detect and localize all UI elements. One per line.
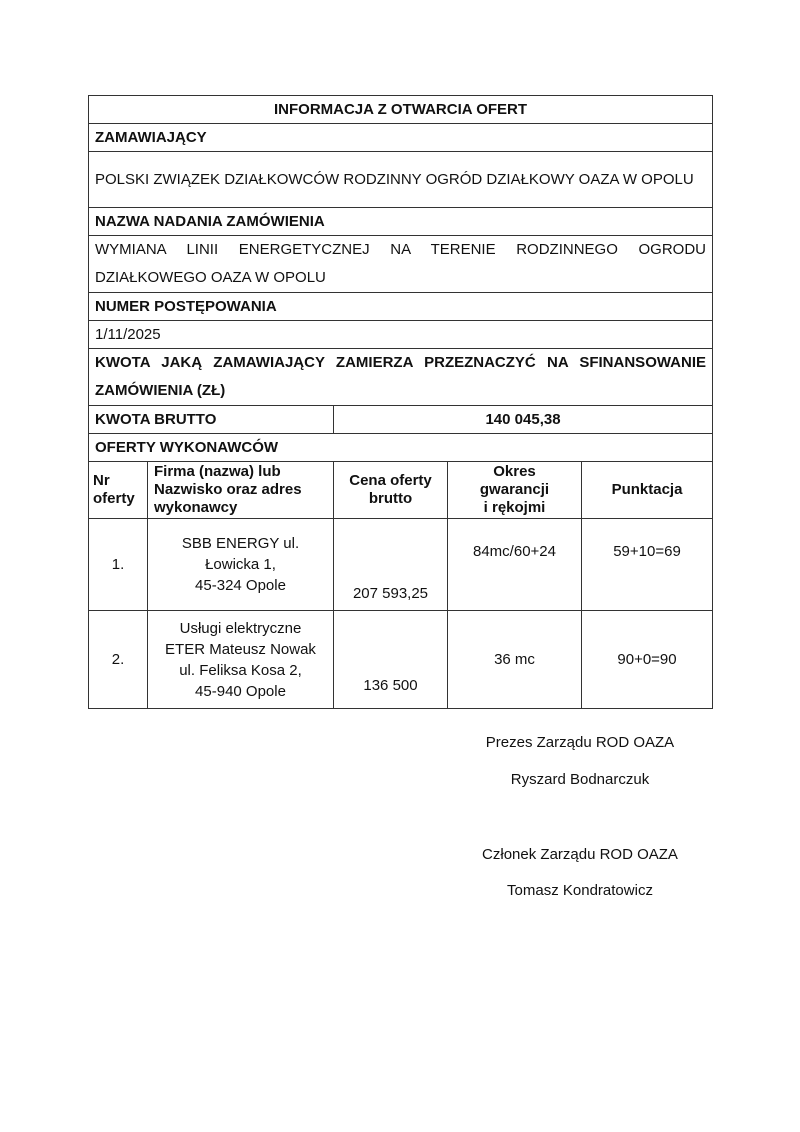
header-firma: Firma (nazwa) lub Nazwisko oraz adres wy…: [148, 462, 334, 519]
oferty-label: OFERTY WYKONAWCÓW: [89, 434, 713, 462]
kwota-brutto-label: KWOTA BRUTTO: [89, 406, 334, 434]
offer-nr: 2.: [89, 611, 148, 709]
header-nr: Nr oferty: [89, 462, 148, 519]
document-title: INFORMACJA Z OTWARCIA OFERT: [89, 96, 713, 124]
nazwa-value: WYMIANA LINII ENERGETYCZNEJ NA TERENIE R…: [89, 236, 713, 293]
zamawiajacy-value: POLSKI ZWIĄZEK DZIAŁKOWCÓW RODZINNY OGRÓ…: [89, 152, 713, 208]
firma-line: ETER Mateusz Nowak: [154, 639, 327, 660]
header-punktacja: Punktacja: [582, 462, 713, 519]
kwota-label: KWOTA JAKĄ ZAMAWIAJĄCY ZAMIERZA PRZEZNAC…: [89, 349, 713, 406]
header-cena: Cena oferty brutto: [334, 462, 448, 519]
offer-cena: 136 500: [334, 611, 448, 709]
offer-firma: Usługi elektryczne ETER Mateusz Nowak ul…: [148, 611, 334, 709]
firma-line: 45-940 Opole: [154, 681, 327, 702]
firma-line: ul. Feliksa Kosa 2,: [154, 660, 327, 681]
numer-value: 1/11/2025: [89, 321, 713, 349]
header-okres: Okres gwarancji i rękojmi: [448, 462, 582, 519]
offer-okres: 84mc/60+24: [448, 519, 582, 611]
offer-cena: 207 593,25: [334, 519, 448, 611]
offers-info-table: INFORMACJA Z OTWARCIA OFERT ZAMAWIAJĄCY …: [88, 95, 713, 709]
zamawiajacy-label: ZAMAWIAJĄCY: [89, 124, 713, 152]
offer-punktacja: 59+10=69: [582, 519, 713, 611]
table-row: 2. Usługi elektryczne ETER Mateusz Nowak…: [89, 611, 713, 709]
firma-line: 45-324 Opole: [154, 575, 327, 596]
firma-line: Łowicka 1,: [154, 554, 327, 575]
signature-role: Członek Zarządu ROD OAZA: [450, 846, 710, 863]
offer-nr: 1.: [89, 519, 148, 611]
numer-label: NUMER POSTĘPOWANIA: [89, 293, 713, 321]
offer-okres: 36 mc: [448, 611, 582, 709]
table-row: 1. SBB ENERGY ul. Łowicka 1, 45-324 Opol…: [89, 519, 713, 611]
offer-firma: SBB ENERGY ul. Łowicka 1, 45-324 Opole: [148, 519, 334, 611]
offers-header-row: Nr oferty Firma (nazwa) lub Nazwisko ora…: [89, 462, 713, 519]
nazwa-label: NAZWA NADANIA ZAMÓWIENIA: [89, 208, 713, 236]
firma-line: Usługi elektryczne: [154, 618, 327, 639]
signature-name: Ryszard Bodnarczuk: [450, 771, 710, 788]
firma-line: SBB ENERGY ul.: [154, 533, 327, 554]
signature-role: Prezes Zarządu ROD OAZA: [450, 734, 710, 751]
offer-punktacja: 90+0=90: [582, 611, 713, 709]
kwota-brutto-value: 140 045,38: [334, 406, 713, 434]
signature-name: Tomasz Kondratowicz: [450, 882, 710, 899]
